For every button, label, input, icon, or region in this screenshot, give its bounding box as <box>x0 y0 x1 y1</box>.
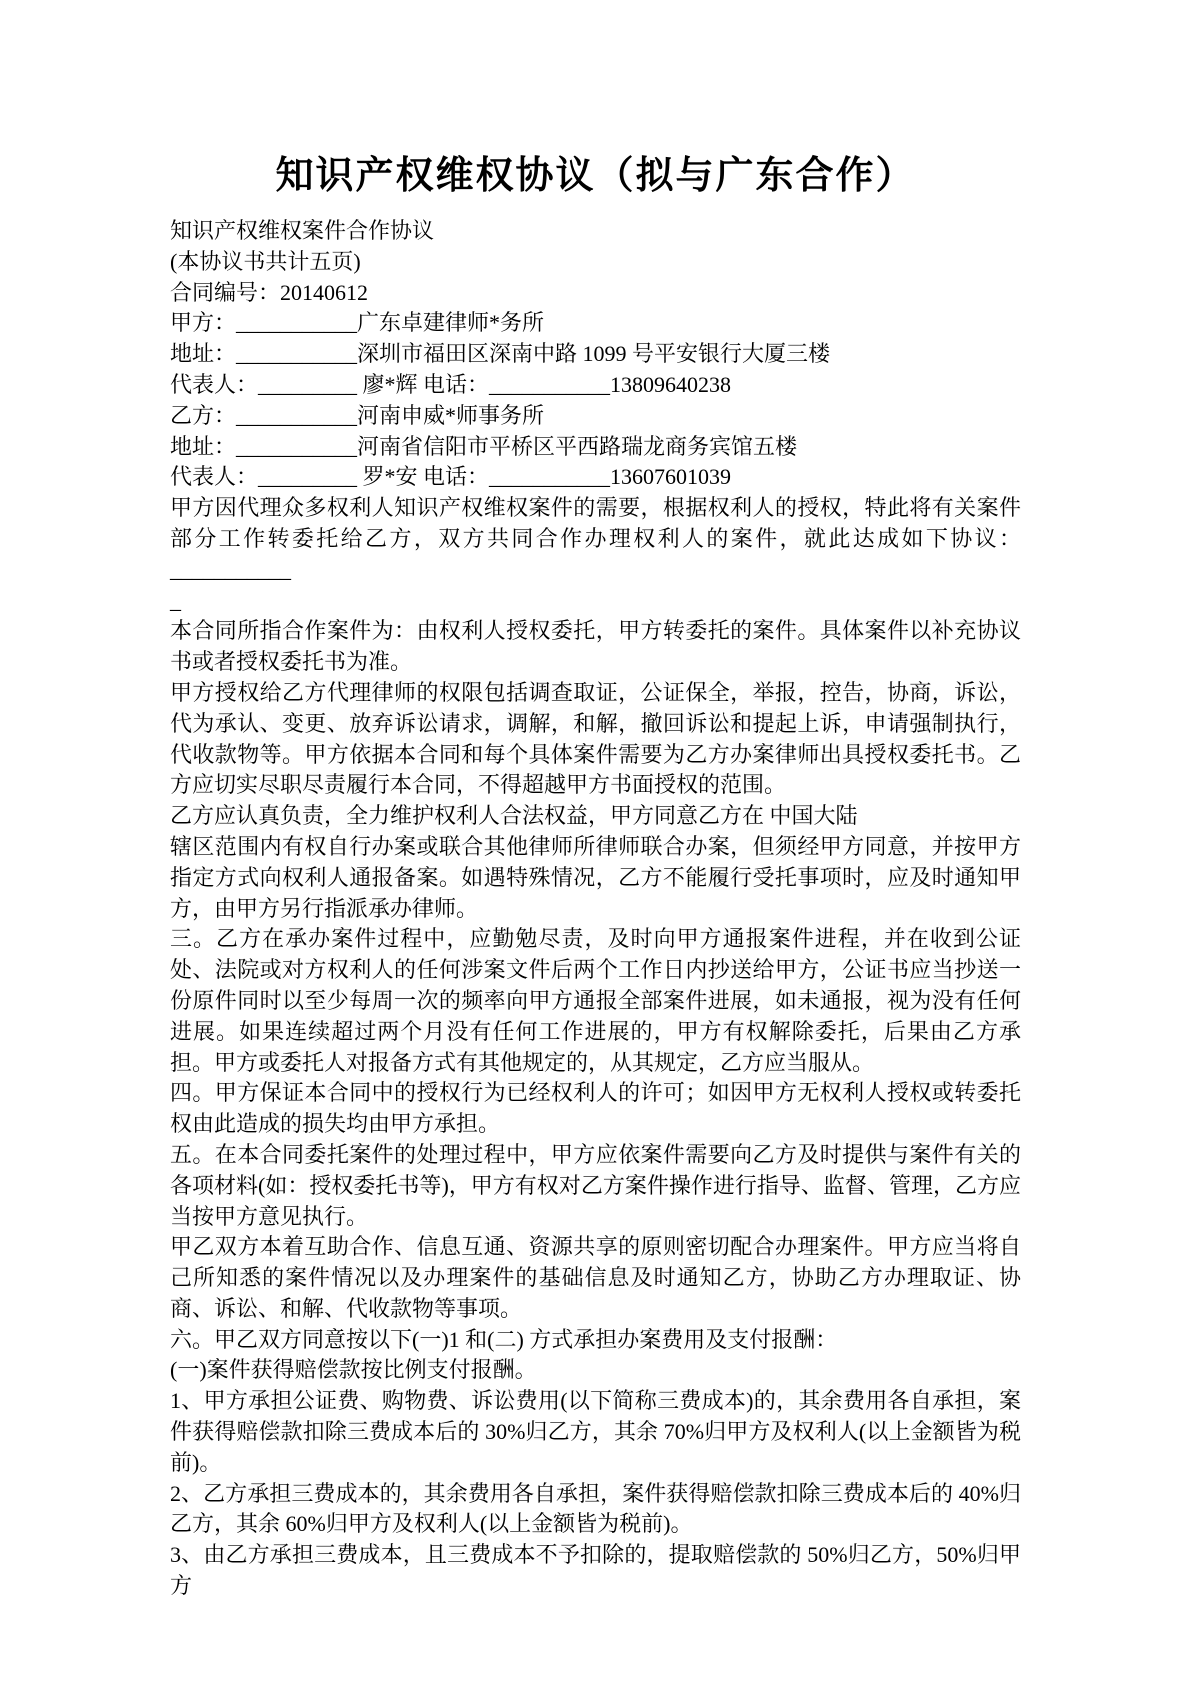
party-b-address-line: 地址：___________河南省信阳市平桥区平西路瑞龙商务宾馆五楼 <box>170 432 1021 463</box>
body-paragraph-clause-4: 四。甲方保证本合同中的授权行为已经权利人的许可；如因甲方无权利人授权或转委托权由… <box>170 1078 1021 1140</box>
body-paragraph-scope: 本合同所指合作案件为：由权利人授权委托，甲方转委托的案件。具体案件以补充协议书或… <box>170 616 1021 678</box>
party-a-name-line: 甲方：___________广东卓建律师*务所 <box>170 308 1021 339</box>
body-paragraph-blank-line: _ <box>170 586 1021 617</box>
party-a-address-line: 地址：___________深圳市福田区深南中路 1099 号平安银行大厦三楼 <box>170 339 1021 370</box>
document-title: 知识产权维权协议（拟与广东合作） <box>170 152 1021 200</box>
body-paragraph-clause-3: 三。乙方在承办案件过程中，应勤勉尽责，及时向甲方通报案件进程，并在收到公证处、法… <box>170 924 1021 1078</box>
body-paragraph-jurisdiction: 辖区范围内有权自行办案或联合其他律师所律师联合办案，但须经甲方同意，并按甲方指定… <box>170 832 1021 924</box>
document-page: 知识产权维权协议（拟与广东合作） 知识产权维权案件合作协议 (本协议书共计五页)… <box>0 0 1190 1683</box>
page-count-line: (本协议书共计五页) <box>170 247 1021 278</box>
body-paragraph-payment-2: 2、乙方承担三费成本的，其余费用各自承担，案件获得赔偿款扣除三费成本后的 40%… <box>170 1479 1021 1541</box>
body-paragraph-cooperation: 甲乙双方本着互助合作、信息互通、资源共享的原则密切配合办理案件。甲方应当将自己所… <box>170 1232 1021 1324</box>
body-paragraph-clause-5: 五。在本合同委托案件的处理过程中，甲方应依案件需要向乙方及时提供与案件有关的各项… <box>170 1140 1021 1232</box>
subtitle-line: 知识产权维权案件合作协议 <box>170 216 1021 247</box>
body-paragraph-payment-title: (一)案件获得赔偿款按比例支付报酬。 <box>170 1355 1021 1386</box>
body-paragraph-authorization: 甲方授权给乙方代理律师的权限包括调查取证，公证保全，举报，控告，协商，诉讼，代为… <box>170 678 1021 801</box>
party-b-rep-phone-line: 代表人：_________ 罗*安 电话：___________13607601… <box>170 462 1021 493</box>
party-a-rep-phone-line: 代表人：_________ 廖*辉 电话：___________13809640… <box>170 370 1021 401</box>
body-paragraph-duty-region: 乙方应认真负责，全力维护权利人合法权益，甲方同意乙方在 中国大陆 <box>170 801 1021 832</box>
party-b-name-line: 乙方：___________河南申威*师事务所 <box>170 401 1021 432</box>
body-paragraph-payment-3: 3、由乙方承担三费成本，且三费成本不予扣除的，提取赔偿款的 50%归乙方，50%… <box>170 1540 1021 1602</box>
contract-number-line: 合同编号：20140612 <box>170 278 1021 309</box>
body-paragraph-payment-1: 1、甲方承担公证费、购物费、诉讼费用(以下简称三费成本)的，其余费用各自承担，案… <box>170 1386 1021 1478</box>
body-paragraph-intro: 甲方因代理众多权利人知识产权维权案件的需要，根据权利人的授权，特此将有关案件部分… <box>170 493 1021 585</box>
document-content: 知识产权维权协议（拟与广东合作） 知识产权维权案件合作协议 (本协议书共计五页)… <box>170 152 1021 1602</box>
body-paragraph-clause-6: 六。甲乙双方同意按以下(一)1 和(二) 方式承担办案费用及支付报酬： <box>170 1325 1021 1356</box>
